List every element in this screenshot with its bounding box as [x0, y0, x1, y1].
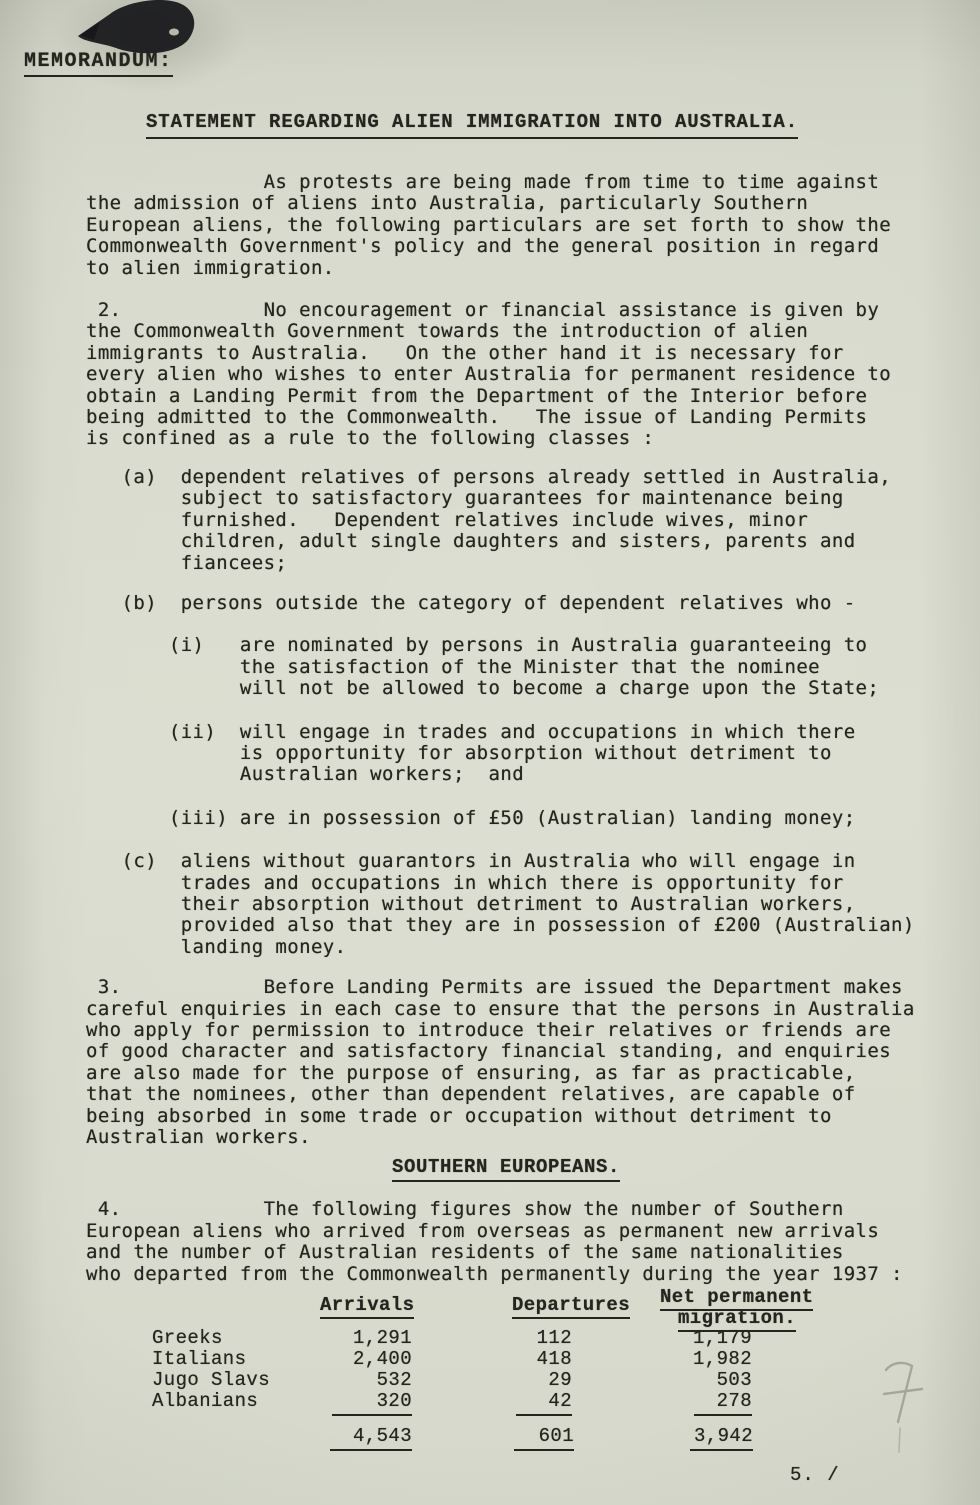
- migration-table: Net permanent Arrivals Departures migrat…: [0, 1287, 980, 1457]
- pencil-note-7-icon: [872, 1350, 942, 1480]
- clause-b-i: (i) are nominated by persons in Australi…: [86, 635, 980, 699]
- paragraph-4: 4. The following figures show the number…: [86, 1199, 980, 1285]
- table-cell-departures: 112: [472, 1328, 572, 1349]
- table-cell-departures: 42: [516, 1391, 572, 1416]
- table-cell-arrivals: 532: [312, 1370, 412, 1391]
- table-total-net: 3,942: [690, 1426, 753, 1451]
- southern-europeans-heading: SOUTHERN EUROPEANS.: [392, 1156, 620, 1182]
- table-cell-arrivals: 1,291: [312, 1328, 412, 1349]
- table-row-label: Italians: [152, 1349, 246, 1370]
- clause-b-iii: (iii) are in possession of £50 (Australi…: [86, 808, 980, 829]
- column-header-departures: Departures: [512, 1295, 630, 1319]
- document-title: STATEMENT REGARDING ALIEN IMMIGRATION IN…: [146, 110, 798, 139]
- document-page: MEMORANDUM: STATEMENT REGARDING ALIEN IM…: [0, 0, 980, 1505]
- table-cell-departures: 418: [472, 1349, 572, 1370]
- table-row-label: Greeks: [152, 1328, 223, 1349]
- table-cell-arrivals: 320: [332, 1391, 412, 1416]
- page-number-marker: 5. /: [790, 1464, 840, 1486]
- table-cell-net: 278: [694, 1391, 752, 1416]
- table-row-label: Albanians: [152, 1391, 258, 1412]
- clause-a: (a) dependent relatives of persons alrea…: [86, 467, 980, 574]
- clause-b-ii: (ii) will engage in trades and occupatio…: [86, 722, 980, 786]
- table-cell-net: 1,179: [652, 1328, 752, 1349]
- table-cell-net: 503: [652, 1370, 752, 1391]
- table-cell-arrivals: 2,400: [312, 1349, 412, 1370]
- paragraph-2: 2. No encouragement or financial assista…: [86, 300, 980, 450]
- table-cell-departures: 29: [472, 1370, 572, 1391]
- document-body: STATEMENT REGARDING ALIEN IMMIGRATION IN…: [0, 0, 980, 1457]
- clause-b: (b) persons outside the category of depe…: [86, 593, 980, 614]
- column-header-arrivals: Arrivals: [320, 1295, 414, 1319]
- table-row-label: Jugo Slavs: [152, 1370, 270, 1391]
- table-total-departures: 601: [514, 1426, 574, 1451]
- paragraph-3: 3. Before Landing Permits are issued the…: [86, 977, 980, 1148]
- paragraph-1: As protests are being made from time to …: [86, 172, 980, 279]
- clause-c: (c) aliens without guarantors in Austral…: [86, 851, 980, 958]
- table-total-arrivals: 4,543: [330, 1426, 412, 1451]
- table-cell-net: 1,982: [652, 1349, 752, 1370]
